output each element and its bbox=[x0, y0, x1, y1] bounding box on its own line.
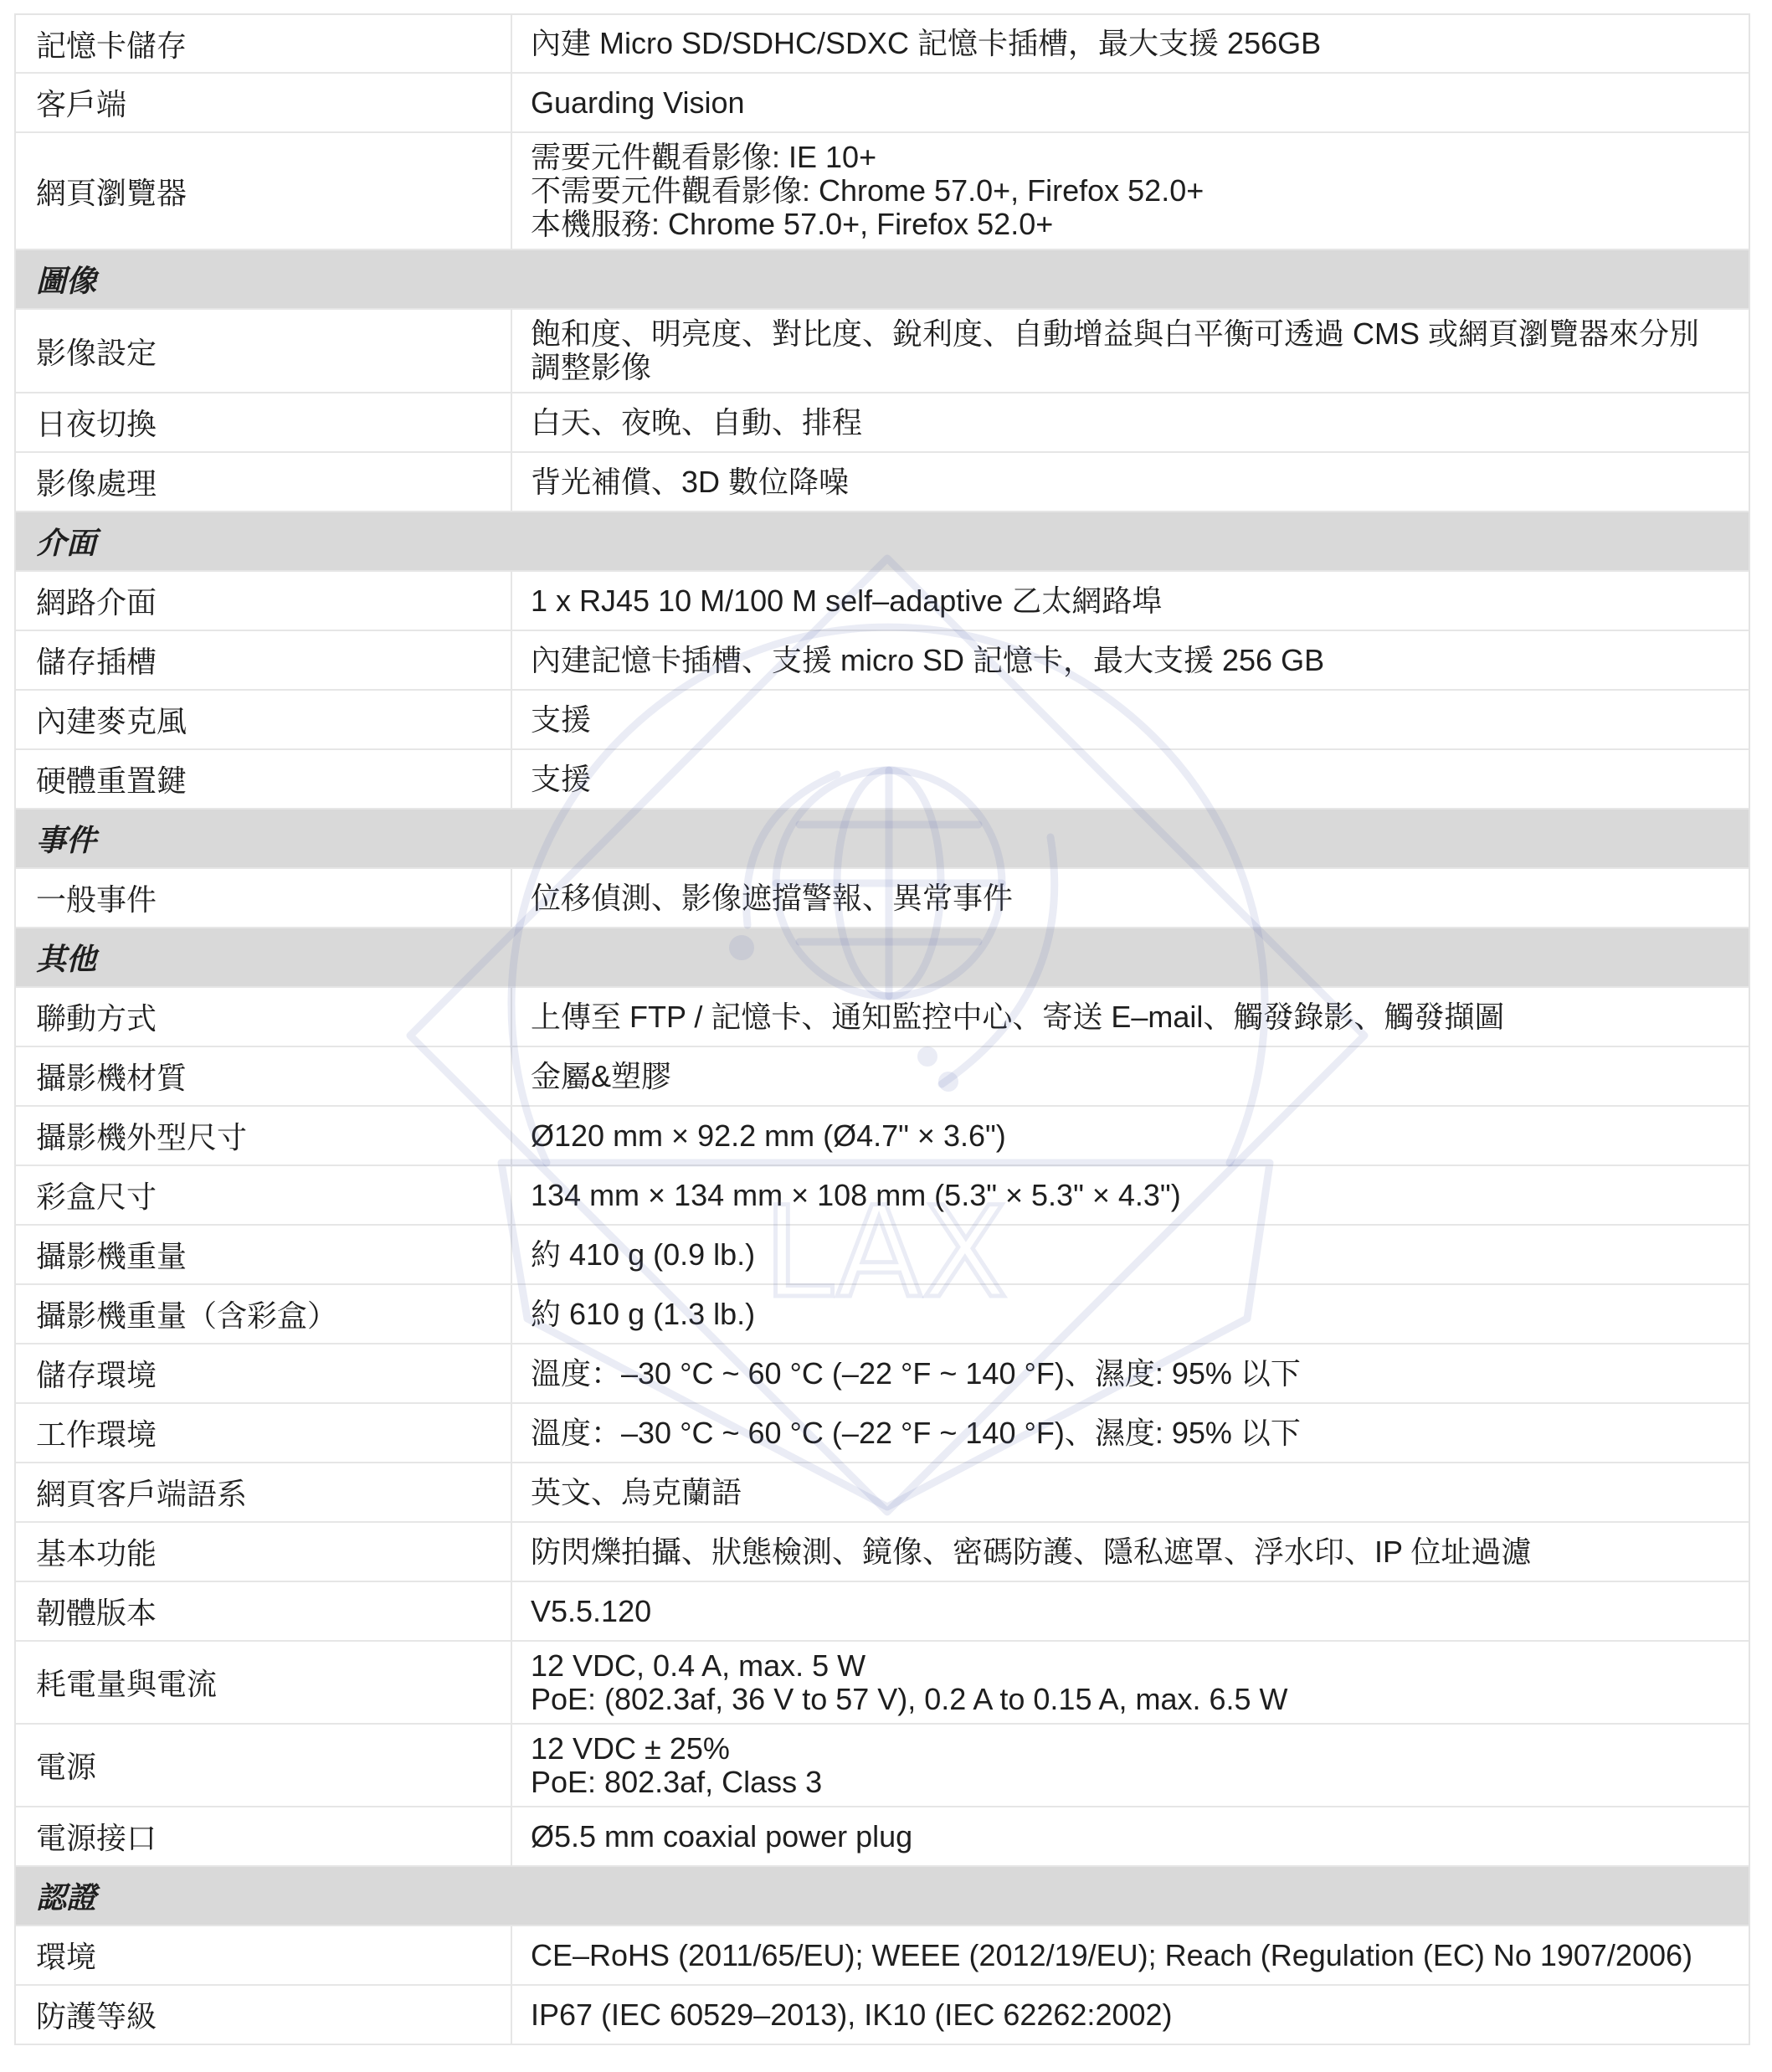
spec-value: 支援 bbox=[512, 691, 1749, 748]
spec-label: 攝影機外型尺寸 bbox=[16, 1107, 512, 1165]
spec-label: 基本功能 bbox=[16, 1523, 512, 1581]
section-title: 認證 bbox=[16, 1867, 1749, 1925]
spec-row-power-supply: 電源 12 VDC ± 25% PoE: 802.3af, Class 3 bbox=[16, 1725, 1749, 1807]
spec-label: 耗電量與電流 bbox=[16, 1642, 512, 1723]
spec-value-line: 調整影像 bbox=[531, 351, 1749, 384]
spec-table: 記憶卡儲存 內建 Micro SD/SDHC/SDXC 記憶卡插槽，最大支援 2… bbox=[14, 13, 1750, 2045]
spec-value-line: 本機服務: Chrome 57.0+, Firefox 52.0+ bbox=[531, 208, 1749, 241]
section-header-interface: 介面 bbox=[16, 512, 1749, 572]
spec-row-storage-environment: 儲存環境 溫度：–30 °C ~ 60 °C (–22 °F ~ 140 °F)… bbox=[16, 1344, 1749, 1404]
spec-row-protection-rating: 防護等級 IP67 (IEC 60529–2013), IK10 (IEC 62… bbox=[16, 1986, 1749, 2045]
spec-row-web-browser: 網頁瀏覽器 需要元件觀看影像: IE 10+ 不需要元件觀看影像: Chrome… bbox=[16, 133, 1749, 250]
spec-value: 金屬&塑膠 bbox=[512, 1047, 1749, 1105]
section-header-image: 圖像 bbox=[16, 250, 1749, 310]
spec-row-linkage: 聯動方式 上傳至 FTP / 記憶卡、通知監控中心、寄送 E–mail、觸發錄影… bbox=[16, 988, 1749, 1047]
spec-value-line: 防閃爍拍攝、狀態檢測、鏡像、密碼防護、隱私遮罩、浮水印、IP 位址過濾 bbox=[531, 1535, 1749, 1569]
spec-row-general-events: 一般事件 位移偵測、影像遮擋警報、異常事件 bbox=[16, 869, 1749, 928]
spec-value-line: 內建記憶卡插槽、支援 micro SD 記憶卡，最大支援 256 GB bbox=[531, 644, 1749, 677]
spec-label: 記憶卡儲存 bbox=[16, 15, 512, 72]
spec-value-line: Ø5.5 mm coaxial power plug bbox=[531, 1820, 1749, 1853]
section-header-other: 其他 bbox=[16, 928, 1749, 988]
spec-label: 攝影機重量 bbox=[16, 1226, 512, 1283]
spec-label: 電源 bbox=[16, 1725, 512, 1806]
spec-label: 硬體重置鍵 bbox=[16, 750, 512, 808]
spec-row-image-settings: 影像設定 飽和度、明亮度、對比度、銳利度、自動增益與白平衡可透過 CMS 或網頁… bbox=[16, 310, 1749, 393]
spec-value: Ø5.5 mm coaxial power plug bbox=[512, 1807, 1749, 1865]
spec-value-line: 飽和度、明亮度、對比度、銳利度、自動增益與白平衡可透過 CMS 或網頁瀏覽器來分… bbox=[531, 317, 1749, 351]
spec-value-line: 約 410 g (0.9 lb.) bbox=[531, 1238, 1749, 1272]
spec-value-line: 位移偵測、影像遮擋警報、異常事件 bbox=[531, 882, 1749, 915]
section-header-events: 事件 bbox=[16, 810, 1749, 869]
spec-value-line: V5.5.120 bbox=[531, 1595, 1749, 1628]
spec-value-line: 支援 bbox=[531, 703, 1749, 737]
spec-value-line: Guarding Vision bbox=[531, 86, 1749, 120]
spec-value-line: 內建 Micro SD/SDHC/SDXC 記憶卡插槽，最大支援 256GB bbox=[531, 27, 1749, 60]
spec-value-line: 134 mm × 134 mm × 108 mm (5.3" × 5.3" × … bbox=[531, 1179, 1749, 1212]
section-title: 介面 bbox=[16, 512, 1749, 570]
spec-value: 背光補償、3D 數位降噪 bbox=[512, 453, 1749, 511]
spec-value-line: 約 610 g (1.3 lb.) bbox=[531, 1298, 1749, 1331]
section-header-certification: 認證 bbox=[16, 1867, 1749, 1926]
spec-row-basic-functions: 基本功能 防閃爍拍攝、狀態檢測、鏡像、密碼防護、隱私遮罩、浮水印、IP 位址過濾 bbox=[16, 1523, 1749, 1582]
spec-value: 12 VDC, 0.4 A, max. 5 W PoE: (802.3af, 3… bbox=[512, 1642, 1749, 1723]
spec-value: 溫度：–30 °C ~ 60 °C (–22 °F ~ 140 °F)、濕度: … bbox=[512, 1344, 1749, 1402]
spec-value: 內建 Micro SD/SDHC/SDXC 記憶卡插槽，最大支援 256GB bbox=[512, 15, 1749, 72]
spec-label: 韌體版本 bbox=[16, 1582, 512, 1640]
spec-label: 內建麥克風 bbox=[16, 691, 512, 748]
spec-label: 一般事件 bbox=[16, 869, 512, 927]
spec-row-client: 客戶端 Guarding Vision bbox=[16, 74, 1749, 133]
spec-value-line: 金屬&塑膠 bbox=[531, 1060, 1749, 1093]
spec-row-storage-slot: 儲存插槽 內建記憶卡插槽、支援 micro SD 記憶卡，最大支援 256 GB bbox=[16, 631, 1749, 691]
spec-value: 上傳至 FTP / 記憶卡、通知監控中心、寄送 E–mail、觸發錄影、觸發擷圖 bbox=[512, 988, 1749, 1046]
spec-row-camera-dimensions: 攝影機外型尺寸 Ø120 mm × 92.2 mm (Ø4.7" × 3.6") bbox=[16, 1107, 1749, 1166]
section-title: 圖像 bbox=[16, 250, 1749, 308]
spec-row-environmental: 環境 CE–RoHS (2011/65/EU); WEEE (2012/19/E… bbox=[16, 1926, 1749, 1986]
spec-label: 聯動方式 bbox=[16, 988, 512, 1046]
spec-value: 防閃爍拍攝、狀態檢測、鏡像、密碼防護、隱私遮罩、浮水印、IP 位址過濾 bbox=[512, 1523, 1749, 1581]
spec-value-line: 1 x RJ45 10 M/100 M self–adaptive 乙太網路埠 bbox=[531, 584, 1749, 618]
spec-label: 防護等級 bbox=[16, 1986, 512, 2044]
spec-value: IP67 (IEC 60529–2013), IK10 (IEC 62262:2… bbox=[512, 1986, 1749, 2044]
spec-value: 需要元件觀看影像: IE 10+ 不需要元件觀看影像: Chrome 57.0+… bbox=[512, 133, 1749, 249]
spec-value: 1 x RJ45 10 M/100 M self–adaptive 乙太網路埠 bbox=[512, 572, 1749, 630]
spec-label: 日夜切換 bbox=[16, 393, 512, 451]
spec-value-line: CE–RoHS (2011/65/EU); WEEE (2012/19/EU);… bbox=[531, 1939, 1749, 1972]
spec-value-line: 12 VDC, 0.4 A, max. 5 W bbox=[531, 1649, 1749, 1683]
section-title: 事件 bbox=[16, 810, 1749, 867]
spec-value: 12 VDC ± 25% PoE: 802.3af, Class 3 bbox=[512, 1725, 1749, 1806]
spec-label: 儲存插槽 bbox=[16, 631, 512, 689]
spec-row-day-night: 日夜切換 白天、夜晚、自動、排程 bbox=[16, 393, 1749, 453]
spec-label: 工作環境 bbox=[16, 1404, 512, 1462]
spec-row-operating-environment: 工作環境 溫度：–30 °C ~ 60 °C (–22 °F ~ 140 °F)… bbox=[16, 1404, 1749, 1463]
spec-label: 網路介面 bbox=[16, 572, 512, 630]
spec-label: 攝影機材質 bbox=[16, 1047, 512, 1105]
spec-value: 約 610 g (1.3 lb.) bbox=[512, 1285, 1749, 1343]
spec-value-line: 需要元件觀看影像: IE 10+ bbox=[531, 141, 1749, 174]
spec-label: 影像設定 bbox=[16, 310, 512, 392]
spec-value-line: PoE: 802.3af, Class 3 bbox=[531, 1766, 1749, 1799]
spec-value: 約 410 g (0.9 lb.) bbox=[512, 1226, 1749, 1283]
spec-row-built-in-mic: 內建麥克風 支援 bbox=[16, 691, 1749, 750]
spec-value: Ø120 mm × 92.2 mm (Ø4.7" × 3.6") bbox=[512, 1107, 1749, 1165]
spec-label: 網頁客戶端語系 bbox=[16, 1463, 512, 1521]
spec-value: 白天、夜晚、自動、排程 bbox=[512, 393, 1749, 451]
spec-value-line: 不需要元件觀看影像: Chrome 57.0+, Firefox 52.0+ bbox=[531, 174, 1749, 208]
spec-row-memory-card-storage: 記憶卡儲存 內建 Micro SD/SDHC/SDXC 記憶卡插槽，最大支援 2… bbox=[16, 15, 1749, 74]
spec-row-firmware-version: 韌體版本 V5.5.120 bbox=[16, 1582, 1749, 1642]
spec-label: 客戶端 bbox=[16, 74, 512, 131]
spec-value-line: 12 VDC ± 25% bbox=[531, 1732, 1749, 1766]
spec-value-line: IP67 (IEC 60529–2013), IK10 (IEC 62262:2… bbox=[531, 1998, 1749, 2032]
spec-value: CE–RoHS (2011/65/EU); WEEE (2012/19/EU);… bbox=[512, 1926, 1749, 1984]
spec-row-camera-weight-with-box: 攝影機重量（含彩盒） 約 610 g (1.3 lb.) bbox=[16, 1285, 1749, 1344]
spec-row-camera-material: 攝影機材質 金屬&塑膠 bbox=[16, 1047, 1749, 1107]
spec-label: 環境 bbox=[16, 1926, 512, 1984]
spec-row-power-interface: 電源接口 Ø5.5 mm coaxial power plug bbox=[16, 1807, 1749, 1867]
spec-value-line: Ø120 mm × 92.2 mm (Ø4.7" × 3.6") bbox=[531, 1119, 1749, 1153]
spec-value: V5.5.120 bbox=[512, 1582, 1749, 1640]
spec-value: 溫度：–30 °C ~ 60 °C (–22 °F ~ 140 °F)、濕度: … bbox=[512, 1404, 1749, 1462]
spec-value-line: PoE: (802.3af, 36 V to 57 V), 0.2 A to 0… bbox=[531, 1683, 1749, 1716]
spec-value-line: 支援 bbox=[531, 763, 1749, 796]
spec-label: 電源接口 bbox=[16, 1807, 512, 1865]
spec-value-line: 上傳至 FTP / 記憶卡、通知監控中心、寄送 E–mail、觸發錄影、觸發擷圖 bbox=[531, 1000, 1749, 1034]
spec-row-box-dimensions: 彩盒尺寸 134 mm × 134 mm × 108 mm (5.3" × 5.… bbox=[16, 1166, 1749, 1226]
spec-value: 英文、烏克蘭語 bbox=[512, 1463, 1749, 1521]
spec-row-camera-weight: 攝影機重量 約 410 g (0.9 lb.) bbox=[16, 1226, 1749, 1285]
spec-value-line: 溫度：–30 °C ~ 60 °C (–22 °F ~ 140 °F)、濕度: … bbox=[531, 1357, 1749, 1391]
spec-value: 內建記憶卡插槽、支援 micro SD 記憶卡，最大支援 256 GB bbox=[512, 631, 1749, 689]
spec-value: 飽和度、明亮度、對比度、銳利度、自動增益與白平衡可透過 CMS 或網頁瀏覽器來分… bbox=[512, 310, 1749, 392]
spec-row-power-consumption: 耗電量與電流 12 VDC, 0.4 A, max. 5 W PoE: (802… bbox=[16, 1642, 1749, 1725]
spec-row-network-interface: 網路介面 1 x RJ45 10 M/100 M self–adaptive 乙… bbox=[16, 572, 1749, 631]
section-title: 其他 bbox=[16, 928, 1749, 986]
spec-label: 彩盒尺寸 bbox=[16, 1166, 512, 1224]
spec-label: 網頁瀏覽器 bbox=[16, 133, 512, 249]
spec-row-image-processing: 影像處理 背光補償、3D 數位降噪 bbox=[16, 453, 1749, 512]
spec-label: 儲存環境 bbox=[16, 1344, 512, 1402]
spec-value-line: 溫度：–30 °C ~ 60 °C (–22 °F ~ 140 °F)、濕度: … bbox=[531, 1416, 1749, 1450]
spec-row-web-client-language: 網頁客戶端語系 英文、烏克蘭語 bbox=[16, 1463, 1749, 1523]
spec-value-line: 背光補償、3D 數位降噪 bbox=[531, 465, 1749, 499]
spec-value: 支援 bbox=[512, 750, 1749, 808]
spec-value-line: 英文、烏克蘭語 bbox=[531, 1476, 1749, 1509]
spec-label: 攝影機重量（含彩盒） bbox=[16, 1285, 512, 1343]
spec-value: 134 mm × 134 mm × 108 mm (5.3" × 5.3" × … bbox=[512, 1166, 1749, 1224]
spec-value-line: 白天、夜晚、自動、排程 bbox=[531, 406, 1749, 440]
spec-value: Guarding Vision bbox=[512, 74, 1749, 131]
spec-row-reset-button: 硬體重置鍵 支援 bbox=[16, 750, 1749, 810]
spec-label: 影像處理 bbox=[16, 453, 512, 511]
spec-value: 位移偵測、影像遮擋警報、異常事件 bbox=[512, 869, 1749, 927]
